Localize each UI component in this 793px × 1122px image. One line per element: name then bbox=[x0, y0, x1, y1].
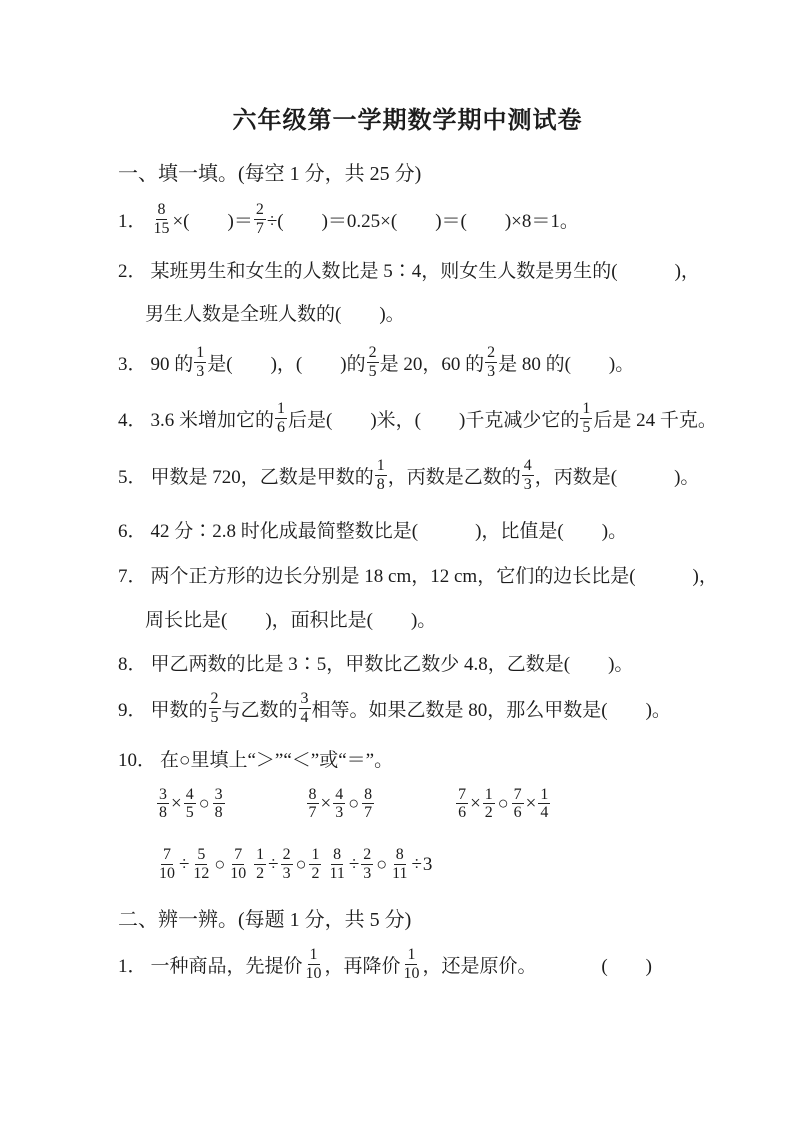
fraction-numerator: 7 bbox=[232, 846, 244, 865]
fraction: 815 bbox=[152, 201, 172, 238]
fraction-numerator: 1 bbox=[254, 846, 266, 865]
fraction-numerator: 3 bbox=[157, 786, 169, 805]
test-paper-page: 六年级第一学期数学期中测试卷 一、填一填。(每空 1 分，共 25 分) 1． … bbox=[0, 0, 793, 1122]
comparison-circle: ○ bbox=[376, 854, 387, 875]
fraction: 110 bbox=[304, 946, 324, 983]
fraction-numerator: 1 bbox=[275, 400, 287, 419]
question-text: 甲数是 720，乙数是甲数的 bbox=[151, 462, 374, 489]
fraction: 38 bbox=[213, 786, 225, 823]
question-text: 男生人数是全班人数的( )。 bbox=[145, 299, 405, 326]
question-2-line-1: 2． 某班男生和女生的人数比是 5∶4，则女生人数是男生的( )， bbox=[118, 256, 697, 283]
question-text: 后是 24 千克。 bbox=[593, 405, 717, 432]
fraction: 38 bbox=[157, 786, 169, 823]
comparison-circle: ○ bbox=[498, 793, 509, 814]
fraction-numerator: 4 bbox=[333, 786, 345, 805]
question-8: 8． 甲乙两数的比是 3∶5，甲数比乙数少 4.8，乙数是( )。 bbox=[118, 649, 697, 676]
fraction-denominator: 10 bbox=[157, 865, 177, 883]
question-number: 8． bbox=[118, 649, 147, 676]
fraction-numerator: 4 bbox=[522, 457, 534, 476]
fraction-denominator: 3 bbox=[281, 865, 293, 883]
fraction-denominator: 3 bbox=[194, 363, 206, 381]
fraction: 710 bbox=[157, 846, 177, 883]
fraction-denominator: 5 bbox=[184, 804, 196, 822]
question-number: 7． bbox=[118, 561, 147, 588]
question-5: 5． 甲数是 720，乙数是甲数的 18 ，丙数是乙数的 43 ，丙数是( )。 bbox=[118, 457, 697, 494]
page-title: 六年级第一学期数学期中测试卷 bbox=[118, 100, 697, 135]
fraction-denominator: 10 bbox=[402, 965, 422, 983]
fraction-denominator: 15 bbox=[152, 220, 172, 238]
fraction-denominator: 3 bbox=[485, 363, 497, 381]
fraction: 76 bbox=[456, 786, 468, 823]
question-text: 90 的 bbox=[151, 349, 194, 376]
fraction: 512 bbox=[191, 846, 211, 883]
fraction-denominator: 8 bbox=[213, 804, 225, 822]
fraction-numerator: 8 bbox=[394, 846, 406, 865]
divide-operator: ÷ bbox=[268, 854, 278, 876]
fraction-denominator: 2 bbox=[483, 804, 495, 822]
fraction-numerator: 3 bbox=[299, 690, 311, 709]
fraction-numerator: 8 bbox=[362, 786, 374, 805]
fraction-numerator: 3 bbox=[213, 786, 225, 805]
question-text: 是( )，( )的 bbox=[207, 349, 365, 376]
fraction-denominator: 12 bbox=[191, 865, 211, 883]
question-text: 相等。如果乙数是 80，那么甲数是( )。 bbox=[312, 695, 671, 722]
fraction-numerator: 1 bbox=[483, 786, 495, 805]
fraction-numerator: 8 bbox=[331, 846, 343, 865]
question-text: ×( )＝ bbox=[172, 206, 252, 233]
fraction-denominator: 6 bbox=[512, 804, 524, 822]
comparison-circle: ○ bbox=[296, 854, 307, 875]
multiply-operator: × bbox=[321, 793, 332, 815]
question-9: 9． 甲数的 25 与乙数的 34 相等。如果乙数是 80，那么甲数是( )。 bbox=[118, 690, 697, 727]
fraction: 18 bbox=[375, 457, 387, 494]
question-6: 6． 42 分∶2.8 时化成最简整数比是( )，比值是( )。 bbox=[118, 516, 697, 543]
question-text: 一种商品，先提价 bbox=[151, 951, 303, 978]
question-text: 是 80 的( )。 bbox=[498, 349, 634, 376]
fraction-numerator: 8 bbox=[307, 786, 319, 805]
question-7-line-2: 周长比是( )，面积比是( )。 bbox=[118, 605, 697, 632]
question-text: 周长比是( )，面积比是( )。 bbox=[145, 605, 436, 632]
fraction-denominator: 2 bbox=[254, 865, 266, 883]
question-text: ，丙数是( )。 bbox=[535, 462, 700, 489]
question-10-row-2: 710 ÷ 512 ○ 710 12 ÷ 23 ○ 12 811 ÷ 23 ○ … bbox=[118, 846, 697, 883]
fraction-numerator: 8 bbox=[156, 201, 168, 220]
question-text: ，丙数是乙数的 bbox=[388, 462, 521, 489]
fraction-denominator: 10 bbox=[304, 965, 324, 983]
question-text: 42 分∶2.8 时化成最简整数比是( )，比值是( )。 bbox=[151, 516, 628, 543]
question-7-line-1: 7． 两个正方形的边长分别是 18 cm，12 cm，它们的边长比是( )， bbox=[118, 561, 697, 588]
question-number: 10． bbox=[118, 745, 156, 772]
fraction-numerator: 7 bbox=[512, 786, 524, 805]
section-1-heading: 一、填一填。(每空 1 分，共 25 分) bbox=[118, 157, 697, 186]
fraction: 14 bbox=[538, 786, 550, 823]
fraction-numerator: 1 bbox=[194, 344, 206, 363]
fraction: 45 bbox=[184, 786, 196, 823]
fraction: 25 bbox=[209, 690, 221, 727]
fraction-numerator: 1 bbox=[308, 946, 320, 965]
fraction-denominator: 5 bbox=[209, 709, 221, 727]
fraction: 12 bbox=[483, 786, 495, 823]
question-text: 在○里填上“＞”“＜”或“＝”。 bbox=[160, 745, 393, 772]
question-text: 与乙数的 bbox=[222, 695, 298, 722]
comparison-expression: 811 ÷ 23 ○ 811 ÷ 3 bbox=[326, 846, 432, 883]
fraction: 12 bbox=[309, 846, 321, 883]
multiply-operator: × bbox=[470, 793, 481, 815]
fraction-numerator: 1 bbox=[580, 400, 592, 419]
fraction: 23 bbox=[485, 344, 497, 381]
fraction-denominator: 3 bbox=[361, 865, 373, 883]
question-number: 5． bbox=[118, 462, 147, 489]
fraction: 710 bbox=[228, 846, 248, 883]
fraction-numerator: 7 bbox=[456, 786, 468, 805]
fraction-denominator: 8 bbox=[375, 476, 387, 494]
multiply-operator: × bbox=[526, 793, 537, 815]
fraction-denominator: 7 bbox=[254, 220, 266, 238]
fraction: 16 bbox=[275, 400, 287, 437]
fraction-denominator: 10 bbox=[228, 865, 248, 883]
fraction-denominator: 4 bbox=[299, 709, 311, 727]
comparison-expression: 12 ÷ 23 ○ 12 bbox=[253, 846, 322, 883]
fraction: 110 bbox=[402, 946, 422, 983]
fraction: 13 bbox=[194, 344, 206, 381]
fraction: 76 bbox=[512, 786, 524, 823]
question-text: 3.6 米增加它的 bbox=[151, 405, 275, 432]
fraction-numerator: 1 bbox=[405, 946, 417, 965]
question-text: 两个正方形的边长分别是 18 cm，12 cm，它们的边长比是( )， bbox=[151, 561, 718, 588]
question-1: 1． 815 ×( )＝ 27 ÷( )＝0.25×( )＝( )×8＝1。 bbox=[118, 201, 697, 238]
fraction-denominator: 11 bbox=[390, 865, 409, 883]
question-10-row-1: 38 × 45 ○ 38 87 × 43 ○ 87 76 × 12 ○ 76 ×… bbox=[118, 786, 697, 823]
fraction: 34 bbox=[299, 690, 311, 727]
multiply-operator: × bbox=[171, 793, 182, 815]
question-number: 1． bbox=[118, 951, 147, 978]
fraction-denominator: 3 bbox=[333, 804, 345, 822]
fraction: 23 bbox=[281, 846, 293, 883]
fraction: 25 bbox=[367, 344, 379, 381]
question-3: 3． 90 的 13 是( )，( )的 25 是 20，60 的 23 是 8… bbox=[118, 344, 697, 381]
question-number: 9． bbox=[118, 695, 147, 722]
fraction-numerator: 2 bbox=[281, 846, 293, 865]
fraction-denominator: 3 bbox=[522, 476, 534, 494]
fraction-numerator: 1 bbox=[538, 786, 550, 805]
question-2-line-2: 男生人数是全班人数的( )。 bbox=[118, 299, 697, 326]
fraction: 15 bbox=[580, 400, 592, 437]
fraction: 12 bbox=[254, 846, 266, 883]
question-10-header: 10． 在○里填上“＞”“＜”或“＝”。 bbox=[118, 745, 697, 772]
fraction: 811 bbox=[327, 846, 346, 883]
fraction-denominator: 11 bbox=[327, 865, 346, 883]
fraction-numerator: 1 bbox=[375, 457, 387, 476]
section-2-question-1: 1． 一种商品，先提价 110 ，再降价 110 ，还是原价。 ( ) bbox=[118, 946, 697, 983]
fraction-denominator: 7 bbox=[307, 804, 319, 822]
fraction-denominator: 2 bbox=[309, 865, 321, 883]
comparison-expression: 76 × 12 ○ 76 × 14 bbox=[455, 786, 551, 823]
question-number: 3． bbox=[118, 349, 147, 376]
comparison-circle: ○ bbox=[348, 793, 359, 814]
fraction-numerator: 4 bbox=[184, 786, 196, 805]
fraction-denominator: 8 bbox=[157, 804, 169, 822]
question-number: 6． bbox=[118, 516, 147, 543]
fraction: 87 bbox=[362, 786, 374, 823]
question-text: 某班男生和女生的人数比是 5∶4，则女生人数是男生的( )， bbox=[151, 256, 700, 283]
question-text: ，再降价 bbox=[324, 951, 400, 978]
divide-operator: ÷ bbox=[349, 854, 359, 876]
fraction: 23 bbox=[361, 846, 373, 883]
question-text: 甲乙两数的比是 3∶5，甲数比乙数少 4.8，乙数是( )。 bbox=[151, 649, 634, 676]
fraction-numerator: 2 bbox=[209, 690, 221, 709]
fraction: 43 bbox=[333, 786, 345, 823]
integer-operand: 3 bbox=[423, 854, 433, 876]
divide-operator: ÷ bbox=[179, 854, 189, 876]
divide-operator: ÷ bbox=[411, 854, 421, 876]
fraction-numerator: 1 bbox=[309, 846, 321, 865]
question-text: ，还是原价。 bbox=[422, 951, 536, 978]
fraction-denominator: 7 bbox=[362, 804, 374, 822]
comparison-circle: ○ bbox=[199, 793, 210, 814]
true-false-answer-blank: ( ) bbox=[601, 951, 652, 978]
section-2-heading: 二、辨一辨。(每题 1 分，共 5 分) bbox=[118, 903, 697, 932]
question-text: 甲数的 bbox=[151, 695, 208, 722]
fraction-numerator: 7 bbox=[161, 846, 173, 865]
comparison-circle: ○ bbox=[214, 854, 225, 875]
fraction-denominator: 5 bbox=[367, 363, 379, 381]
comparison-expression: 38 × 45 ○ 38 bbox=[156, 786, 226, 823]
fraction: 87 bbox=[307, 786, 319, 823]
fraction-denominator: 5 bbox=[580, 419, 592, 437]
question-text: ÷( )＝0.25×( )＝( )×8＝1。 bbox=[267, 206, 579, 233]
question-text: 后是( )米，( )千克减少它的 bbox=[288, 405, 579, 432]
comparison-expression: 87 × 43 ○ 87 bbox=[306, 786, 376, 823]
question-number: 1． bbox=[118, 206, 147, 233]
question-text: 是 20，60 的 bbox=[380, 349, 485, 376]
question-4: 4． 3.6 米增加它的 16 后是( )米，( )千克减少它的 15 后是 2… bbox=[118, 400, 697, 437]
question-number: 4． bbox=[118, 405, 147, 432]
fraction-numerator: 5 bbox=[195, 846, 207, 865]
fraction-denominator: 6 bbox=[456, 804, 468, 822]
fraction-numerator: 2 bbox=[367, 344, 379, 363]
fraction: 811 bbox=[390, 846, 409, 883]
fraction-numerator: 2 bbox=[254, 201, 266, 220]
comparison-expression: 710 ÷ 512 ○ 710 bbox=[156, 846, 249, 883]
fraction: 43 bbox=[522, 457, 534, 494]
fraction-numerator: 2 bbox=[485, 344, 497, 363]
fraction-denominator: 6 bbox=[275, 419, 287, 437]
fraction-numerator: 2 bbox=[361, 846, 373, 865]
fraction: 27 bbox=[254, 201, 266, 238]
fraction-denominator: 4 bbox=[538, 804, 550, 822]
question-number: 2． bbox=[118, 256, 147, 283]
